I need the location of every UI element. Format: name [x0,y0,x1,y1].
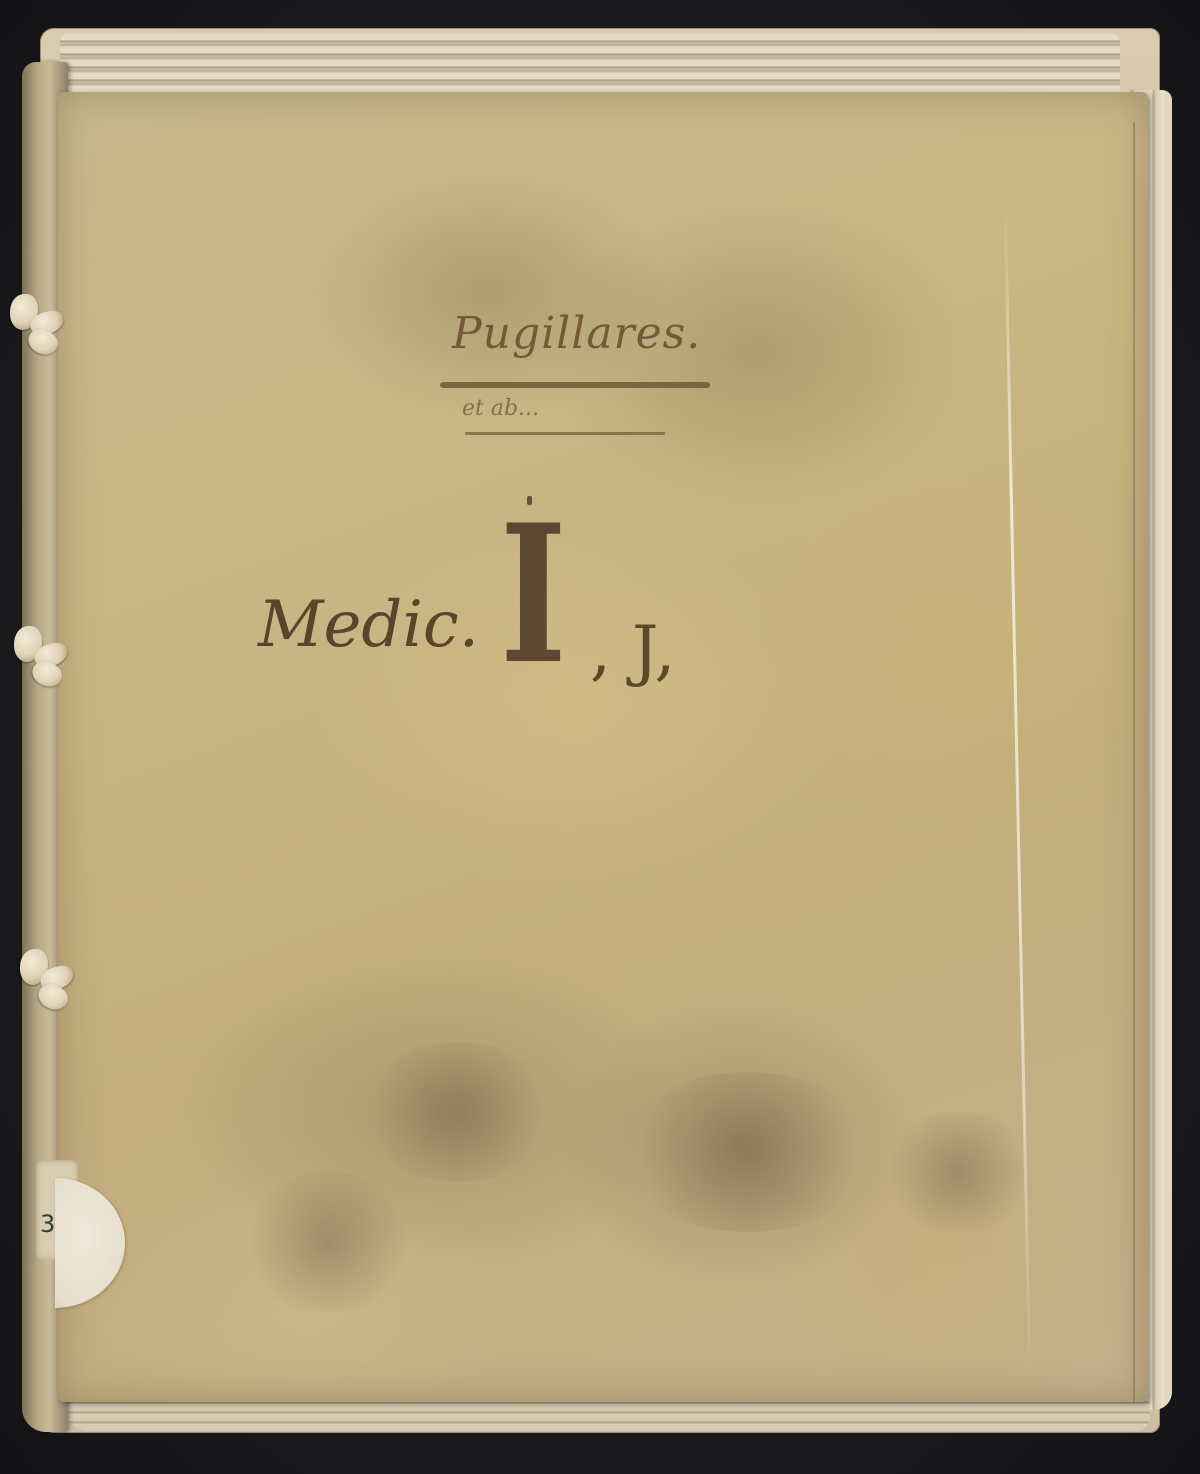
vellum-cover [58,92,1148,1402]
spine-label-number: 3 [40,1210,55,1238]
shelf-mark-prefix: Medic. [258,588,479,662]
stain [618,1072,878,1232]
stain [238,1172,418,1312]
cover-turn-in-edge [1133,122,1135,1402]
subtitle-inscription: et ab... [462,396,539,421]
title-underline [440,382,710,388]
tacket-tie-middle [12,622,70,694]
tacket-tie-lower [18,945,76,1017]
stain [878,1112,1038,1232]
shelf-mark-suffix: , J, [590,612,676,689]
stain [358,1042,558,1182]
tacket-tie-upper [8,290,66,362]
shelf-mark-volume: I [500,500,567,690]
subtitle-underline [465,432,665,435]
title-inscription: Pugillares. [452,308,701,359]
